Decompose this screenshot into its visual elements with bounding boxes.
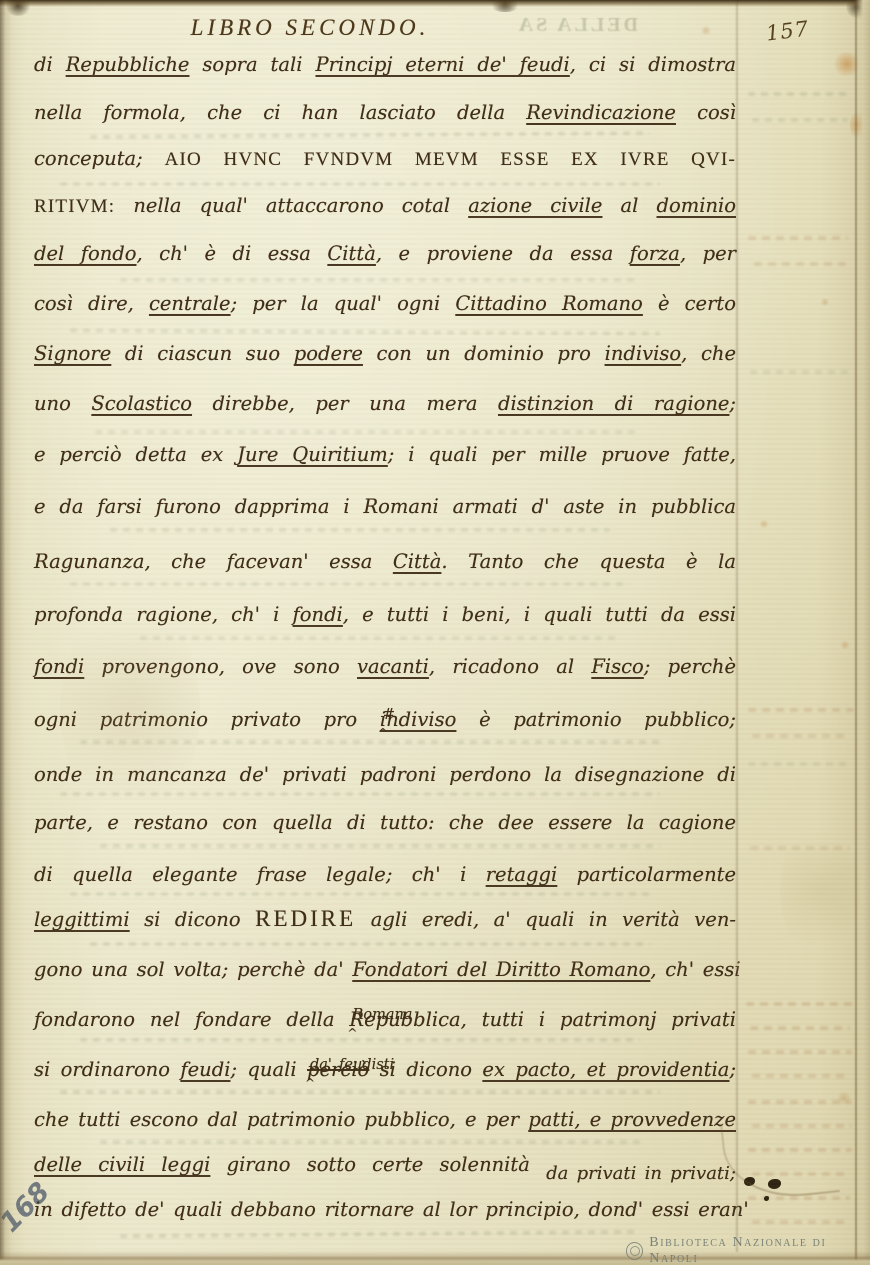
bleedthrough-line xyxy=(748,236,848,240)
manuscript-line: e da farsi furono dapprima i Romani arma… xyxy=(34,494,736,520)
bleedthrough-line xyxy=(750,846,850,850)
library-stamp: Biblioteca Nazionale di Napoli xyxy=(626,1235,870,1265)
manuscript-line: e perciò detta ex Jure Quiritium; i qual… xyxy=(34,442,736,468)
bleedthrough-line xyxy=(748,708,854,712)
manuscript-line: gono una sol volta; perchè da' Fondatori… xyxy=(34,957,736,983)
manuscript-line: conceputa; AIO HVNC FVNDVM MEVM ESSE EX … xyxy=(34,146,736,173)
bleedthrough-line xyxy=(750,370,850,374)
bleedthrough-line xyxy=(120,1230,640,1239)
manuscript-line: Ragunanza, che facevan' essa Città. Tant… xyxy=(34,549,736,575)
bleedthrough-line xyxy=(90,131,650,139)
manuscript-line: nella formola, che ci han lasciato della… xyxy=(34,100,736,126)
manuscript-line: di Repubbliche sopra tali Principj etern… xyxy=(34,52,736,78)
manuscript-line: in difetto de' quali debbano ritornare a… xyxy=(34,1197,736,1223)
bleedthrough-line xyxy=(60,182,660,186)
manuscript-line: profonda ragione, ch' i fondi, e tutti i… xyxy=(34,602,736,628)
scan-edge-top xyxy=(0,0,870,7)
bleedthrough-line xyxy=(110,528,610,532)
manuscript-line: del fondo, ch' è di essa Città, e provie… xyxy=(34,241,736,267)
bleedthrough-line xyxy=(748,1100,852,1104)
scan-edge-left xyxy=(0,0,12,1265)
bleedthrough-line xyxy=(748,1050,852,1054)
bleedthrough-facing-title: DELLA SA xyxy=(468,14,638,37)
page-crease xyxy=(735,0,739,1252)
bleedthrough-line xyxy=(752,734,850,738)
manuscript-line: uno Scolastico direbbe, per una mera dis… xyxy=(34,391,736,417)
foxing-spot xyxy=(840,640,850,650)
bleedthrough-line xyxy=(746,1002,854,1006)
manuscript-line: leggittimi si dicono REDIRE agli eredi, … xyxy=(34,906,736,933)
bleedthrough-line xyxy=(80,740,660,744)
bleedthrough-line xyxy=(100,844,660,848)
manuscript-page-scan: DELLA SA LIBRO SECONDO. 157 168 di Repub… xyxy=(0,0,870,1265)
bleedthrough-line xyxy=(70,328,660,335)
manuscript-line: onde in mancanza de' privati padroni per… xyxy=(34,762,736,788)
manuscript-line: di quella elegante frase legale; ch' i r… xyxy=(34,862,736,888)
library-stamp-label: Biblioteca Nazionale di Napoli xyxy=(649,1235,870,1265)
manuscript-line: ogni patrimonio privato pro #indiviso è … xyxy=(34,707,736,733)
bleedthrough-line xyxy=(750,1026,850,1030)
bleedthrough-line xyxy=(90,942,650,946)
bleedthrough-line xyxy=(752,1220,850,1224)
manuscript-line: delle civili leggi girano sotto certe so… xyxy=(34,1152,736,1179)
page-edge-line xyxy=(855,0,857,1265)
manuscript-line: così dire, centrale; per la qual' ogni C… xyxy=(34,291,736,317)
bleedthrough-line xyxy=(120,278,640,282)
manuscript-line: fondi provengono, ove sono vacanti, rica… xyxy=(34,654,736,680)
bleedthrough-line xyxy=(748,762,850,766)
library-emblem-icon xyxy=(626,1242,643,1260)
manuscript-line: si ordinarono feudi; quali da' feudistip… xyxy=(34,1057,736,1083)
bleedthrough-line xyxy=(80,1038,640,1042)
bleedthrough-line xyxy=(60,1090,660,1094)
foxing-spot xyxy=(700,26,712,35)
manuscript-line: fondarono nel fondare della RomanaRepubb… xyxy=(34,1007,736,1033)
bleedthrough-line xyxy=(60,792,660,796)
bleedthrough-line xyxy=(754,262,846,266)
scan-edge-right xyxy=(855,0,870,1265)
page-title: LIBRO SECONDO. xyxy=(145,15,475,41)
bleedthrough-line xyxy=(140,636,620,640)
bleedthrough-line xyxy=(100,1140,640,1144)
bleedthrough-line xyxy=(70,892,650,896)
ink-blot xyxy=(764,1196,769,1201)
foxing-spot xyxy=(820,298,830,306)
bleedthrough-line xyxy=(95,430,635,434)
bleedthrough-line xyxy=(70,582,630,586)
bleedthrough-line xyxy=(752,1074,848,1078)
page-number: 157 xyxy=(765,16,811,45)
manuscript-line: che tutti escono dal patrimonio pubblico… xyxy=(34,1107,736,1133)
manuscript-line: parte, e restano con quella di tutto: ch… xyxy=(34,810,736,836)
manuscript-line: Signore di ciascun suo podere con un dom… xyxy=(34,341,736,367)
manuscript-line: RITIVM: nella qual' attaccarono cotal az… xyxy=(34,193,736,220)
bleedthrough-line xyxy=(748,92,852,96)
bleedthrough-line xyxy=(752,118,848,122)
paper-discoloration xyxy=(780,820,860,960)
foxing-spot xyxy=(758,520,770,528)
